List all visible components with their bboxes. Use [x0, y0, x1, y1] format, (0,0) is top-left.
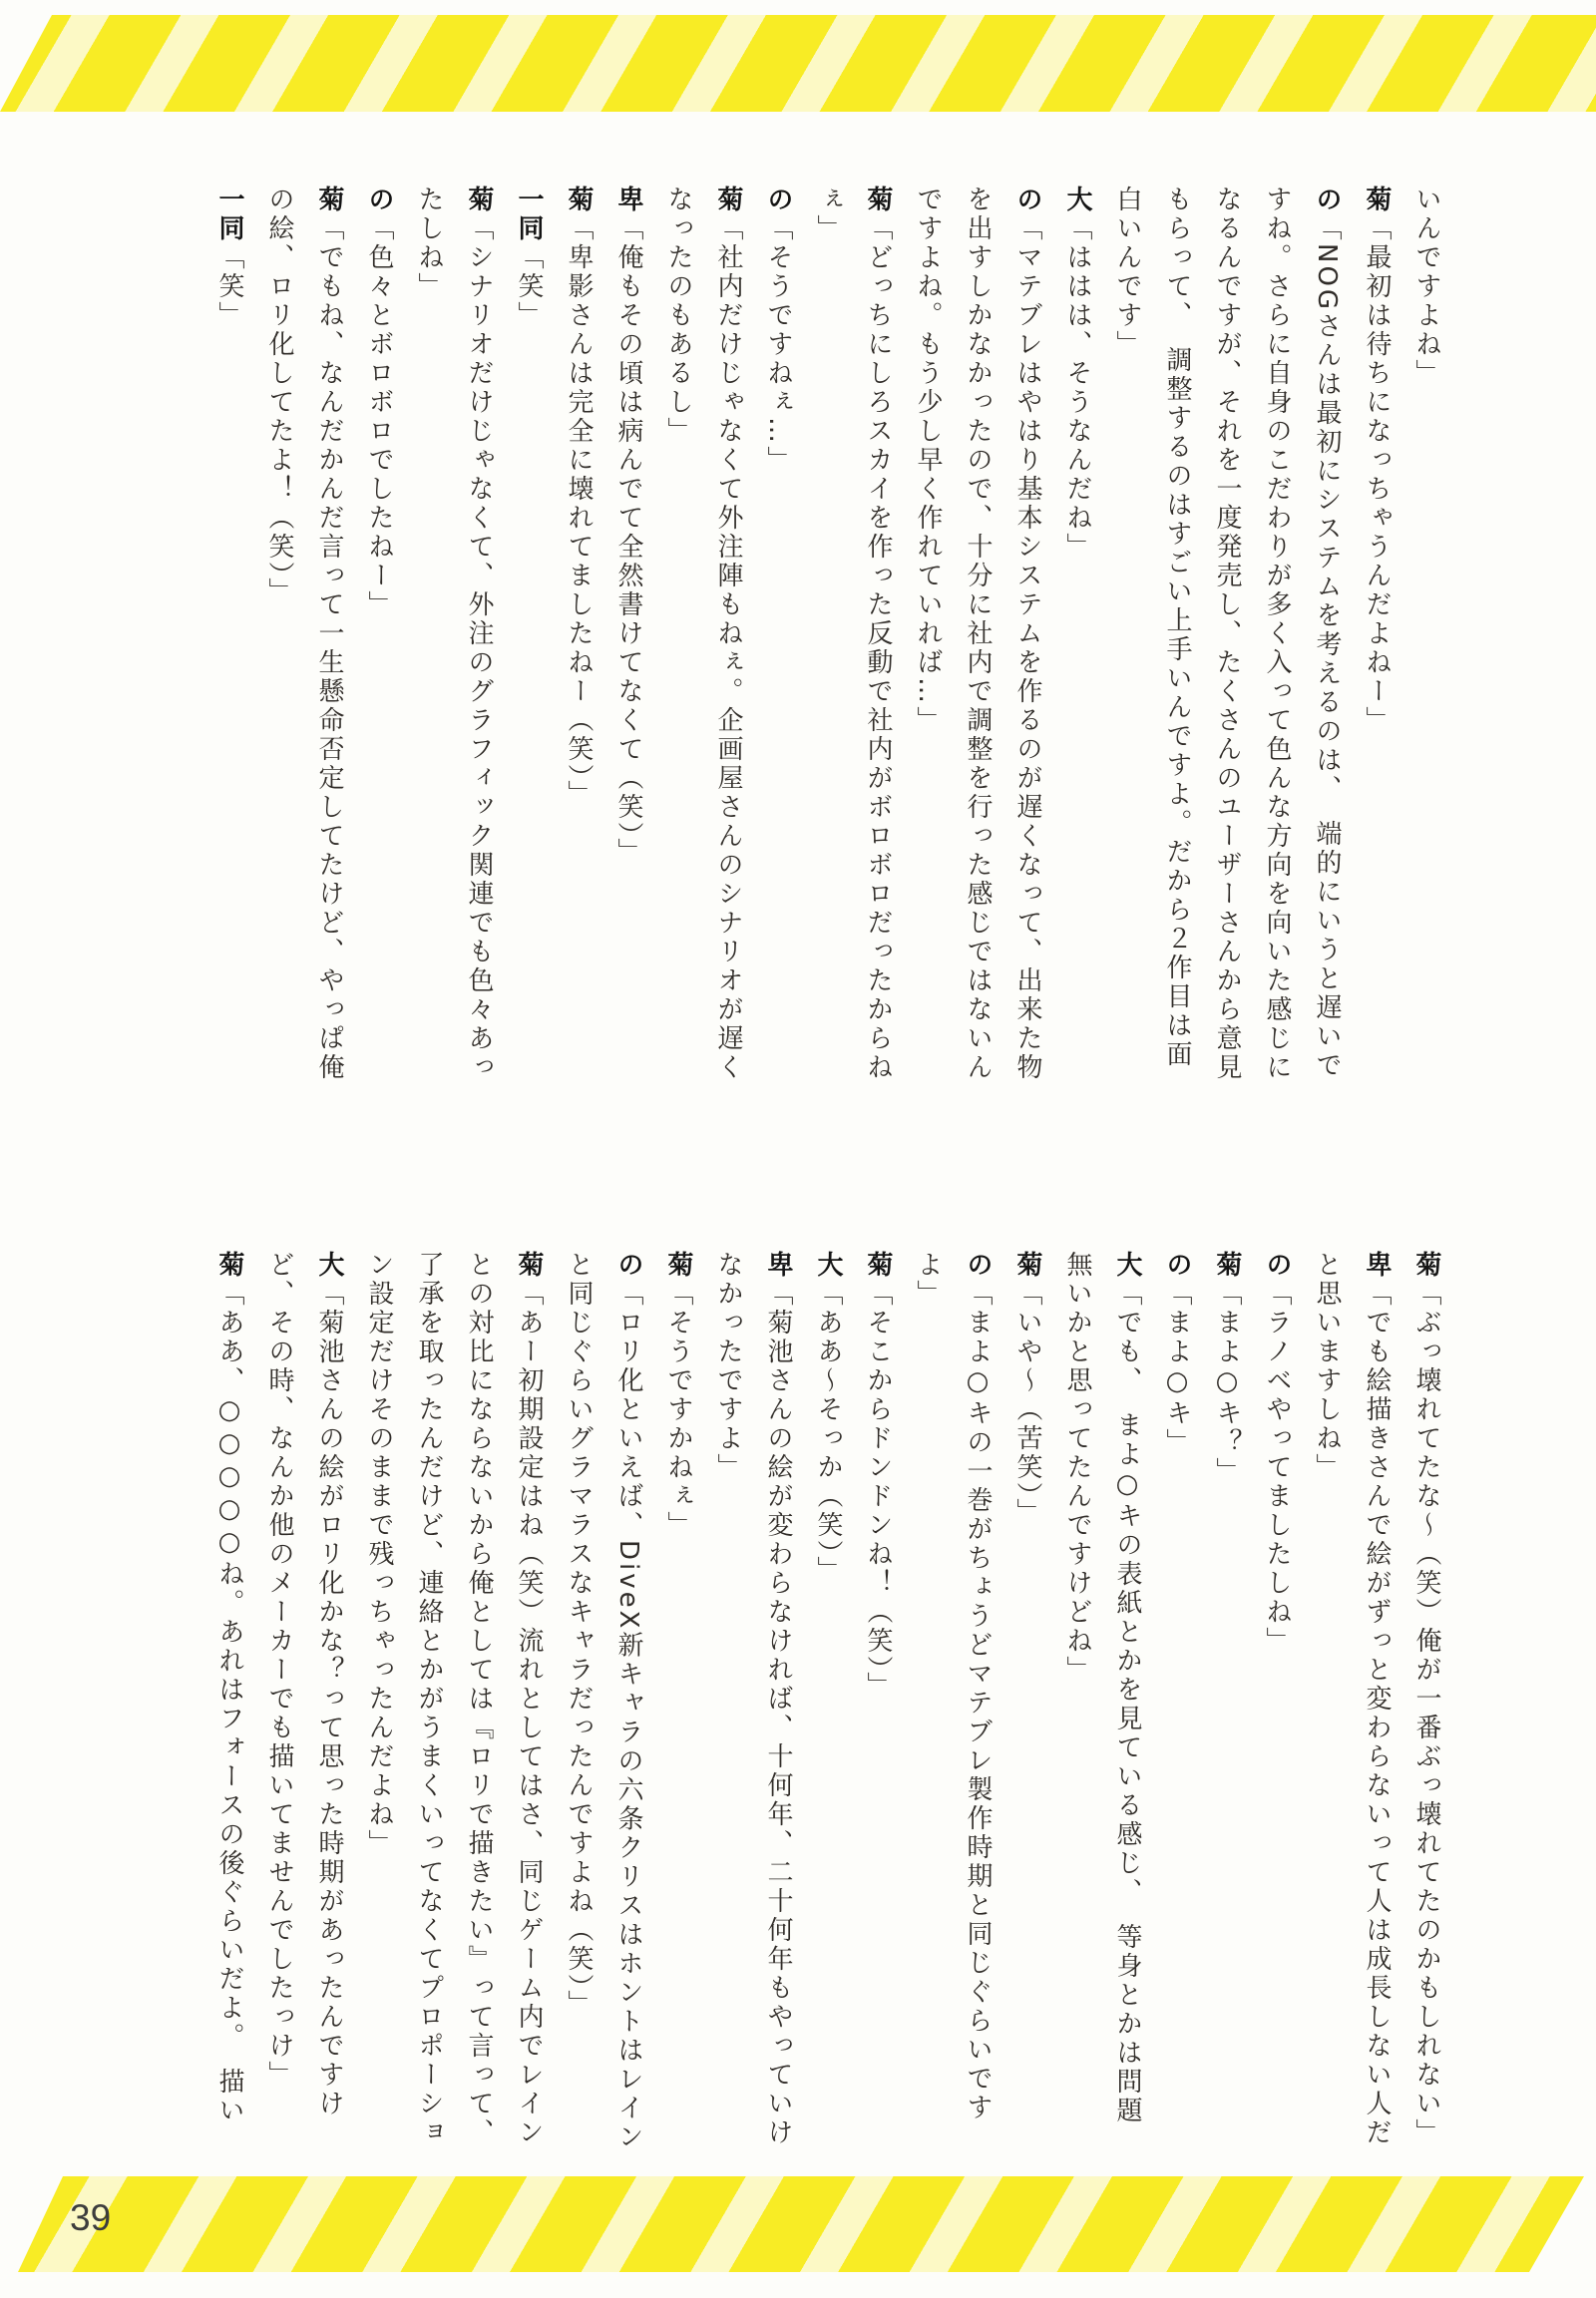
speaker-label: の	[1162, 1251, 1192, 1280]
speaker-label: 大	[1112, 1251, 1142, 1280]
page-number: 39	[70, 2196, 111, 2240]
speaker-label: 菊	[214, 1251, 244, 1280]
dialogue-text: 「色々とボロボロでしたねー」	[364, 214, 394, 619]
speaker-label: 菊	[663, 1251, 693, 1280]
dialogue-line: の「ラノベやってましたしね」	[1252, 1251, 1302, 2152]
speaker-label: 菊	[1362, 186, 1392, 214]
dialogue-line: 菊「ああ、○○○○○ね。あれはフォースの後ぐらいだよ。 描い	[204, 1251, 254, 2152]
speaker-label: 菊	[1212, 1251, 1242, 1280]
dialogue-text: 「いや～（苦笑）」	[1012, 1280, 1042, 1527]
dialogue-text: 「笑」	[214, 243, 244, 330]
dialogue-text: 「まよ○キの一巻がちょうどマテブレ製作時期と同じぐらいですよ」	[913, 1251, 993, 2122]
speaker-label: 大	[813, 1251, 843, 1280]
dialogue-text: 「あー初期設定はね（笑）流れとしてはさ、同じゲーム内でレインとの対比にならないか…	[364, 1251, 544, 2147]
dialogue-text: 「笑」	[514, 243, 544, 330]
speaker-label: の	[1012, 186, 1042, 214]
speaker-label: 卑	[763, 1251, 793, 1280]
stripe-bar-bottom	[18, 2176, 1584, 2272]
dialogue-line: 卑「菊池さんの絵が変わらなければ、十何年、二十何年もやっていけなかったですよ」	[703, 1251, 803, 2152]
dialogue-text: 「でもね、なんだかんだ言って一生懸命否定してたけど、やっぱ俺の絵、ロリ化してたよ…	[264, 186, 344, 1082]
dialogue-line: 菊「あー初期設定はね（笑）流れとしてはさ、同じゲーム内でレインとの対比にならない…	[354, 1251, 554, 2152]
dialogue-line: の「NOGさんは最初にシステムを考えるのは、 端的にいうと遅いですね。さらに自身…	[1102, 186, 1352, 1087]
speaker-label: の	[1312, 186, 1342, 214]
dialogue-line: 菊「ぶっ壊れてたな～（笑）俺が一番ぶっ壊れてたのかもしれない」	[1401, 1251, 1451, 2152]
dialogue-line: 大「ははは、そうなんだね」	[1052, 186, 1102, 1087]
dialogue-line: 一同「笑」	[504, 186, 554, 1087]
dialogue-text: 「そうですねぇ…」	[763, 214, 793, 475]
dialogue-text: 「シナリオだけじゃなくて、外注のグラフィック関連でも色々あったしね」	[414, 186, 494, 1082]
speaker-label: の	[364, 186, 394, 214]
interview-block-top: いんですよね」菊「最初は待ちになっちゃうんだよねー」の「NOGさんは最初にシステ…	[204, 186, 1451, 1087]
dialogue-line: 菊「でもね、なんだかんだ言って一生懸命否定してたけど、やっぱ俺の絵、ロリ化してた…	[254, 186, 354, 1087]
dialogue-line: 大「ああ～そっか（笑）」	[803, 1251, 853, 2152]
speaker-label: 卑	[1362, 1251, 1392, 1280]
dialogue-line: の「まよ○キ」	[1152, 1251, 1202, 2152]
dialogue-line: 卑「俺もその頃は病んでて全然書けてなくて（笑）」	[603, 186, 653, 1087]
dialogue-text: 「どっちにしろスカイを作った反動で社内がボロボロだったからねぇ」	[813, 186, 893, 1082]
dialogue-line: 菊「卑影さんは完全に壊れてましたねー（笑）」	[554, 186, 603, 1087]
speaker-label: の	[763, 186, 793, 214]
dialogue-line: 大「でも、 まよ○キの表紙とかを見ている感じ、 等身とかは問題無いかと思ってたん…	[1052, 1251, 1152, 2152]
dialogue-text: 「ああ～そっか（笑）」	[813, 1280, 843, 1585]
speaker-label: の	[963, 1251, 993, 1280]
dialogue-line: の「そうですねぇ…」	[753, 186, 803, 1087]
speaker-label: 菊	[314, 186, 344, 214]
dialogue-text: 「ははは、そうなんだね」	[1062, 214, 1092, 562]
speaker-label: 菊	[1012, 1251, 1042, 1280]
dialogue-text: 「ぶっ壊れてたな～（笑）俺が一番ぶっ壊れてたのかもしれない」	[1411, 1280, 1441, 2147]
speaker-label: 大	[1062, 186, 1092, 214]
speaker-label: 大	[314, 1251, 344, 1280]
dialogue-text: 「ロリ化といえば、DiveX新キャラの六条クリスはホントはレインと同じぐらいグラ…	[564, 1251, 643, 2151]
dialogue-line: 菊「シナリオだけじゃなくて、外注のグラフィック関連でも色々あったしね」	[404, 186, 504, 1087]
dialogue-text: 「まよ○キ？」	[1212, 1280, 1242, 1486]
dialogue-text: 「ああ、○○○○○ね。あれはフォースの後ぐらいだよ。 描い	[214, 1280, 244, 2125]
dialogue-line: 一同「笑」	[204, 186, 254, 1087]
speaker-label: 菊	[564, 186, 594, 214]
dialogue-text: 「でも、 まよ○キの表紙とかを見ている感じ、 等身とかは問題無いかと思ってたんで…	[1062, 1251, 1142, 2125]
magazine-page: { "page": { "number": "39", "background_…	[0, 0, 1596, 2298]
speaker-label: の	[1262, 1251, 1292, 1280]
dialogue-text: 「卑影さんは完全に壊れてましたねー（笑）」	[564, 214, 594, 809]
dialogue-line: 菊「社内だけじゃなくて外注陣もねぇ。企画屋さんのシナリオが遅くなったのもあるし」	[653, 186, 753, 1087]
speaker-label: 菊	[863, 186, 893, 214]
dialogue-text: 「社内だけじゃなくて外注陣もねぇ。企画屋さんのシナリオが遅くなったのもあるし」	[663, 186, 743, 1082]
dialogue-line: の「色々とボロボロでしたねー」	[354, 186, 404, 1087]
speaker-label: の	[613, 1251, 643, 1280]
speaker-label: 菊	[713, 186, 743, 214]
dialogue-text: 「俺もその頃は病んでて全然書けてなくて（笑）」	[613, 214, 643, 867]
dialogue-text: いんですよね」	[1411, 186, 1441, 388]
speaker-label: 菊	[863, 1251, 893, 1280]
dialogue-line: の「マテブレはやはり基本システムを作るのが遅くなって、出来た物を出すしかなかった…	[903, 186, 1052, 1087]
dialogue-line: 大「菊池さんの絵がロリ化かな？って思った時期があったんですけど、その時、なんか他…	[254, 1251, 354, 2152]
interview-block-bottom: 菊「ぶっ壊れてたな～（笑）俺が一番ぶっ壊れてたのかもしれない」卑「でも絵描きさん…	[204, 1251, 1451, 2152]
dialogue-line: 菊「そこからドンドンね！（笑）」	[853, 1251, 903, 2152]
speaker-label: 一同	[514, 186, 544, 243]
dialogue-line: の「まよ○キの一巻がちょうどマテブレ製作時期と同じぐらいですよ」	[903, 1251, 1002, 2152]
dialogue-line: 菊「まよ○キ？」	[1202, 1251, 1252, 2152]
dialogue-text: 「NOGさんは最初にシステムを考えるのは、 端的にいうと遅いですね。さらに自身の…	[1112, 186, 1342, 1082]
dialogue-text: 「そうですかねぇ」	[663, 1280, 693, 1540]
dialogue-line: 菊「どっちにしろスカイを作った反動で社内がボロボロだったからねぇ」	[803, 186, 903, 1087]
dialogue-text: 「そこからドンドンね！（笑）」	[863, 1280, 893, 1701]
dialogue-line: の「ロリ化といえば、DiveX新キャラの六条クリスはホントはレインと同じぐらいグ…	[554, 1251, 653, 2152]
dialogue-text: 「でも絵描きさんで絵がずっと変わらないって人は成長しない人だと思いますしね」	[1312, 1251, 1392, 2147]
dialogue-line: 菊「そうですかねぇ」	[653, 1251, 703, 2152]
dialogue-line: 菊「いや～（苦笑）」	[1002, 1251, 1052, 2152]
dialogue-text: 「ラノベやってましたしね」	[1262, 1280, 1292, 1656]
dialogue-text: 「最初は待ちになっちゃうんだよねー」	[1362, 214, 1392, 735]
dialogue-text: 「菊池さんの絵がロリ化かな？って思った時期があったんですけど、その時、なんか他の…	[264, 1251, 344, 2118]
dialogue-line: 菊「最初は待ちになっちゃうんだよねー」	[1352, 186, 1401, 1087]
speaker-label: 卑	[613, 186, 643, 214]
speaker-label: 一同	[214, 186, 244, 243]
speaker-label: 菊	[514, 1251, 544, 1280]
stripe-bar-top	[0, 15, 1596, 112]
dialogue-line: いんですよね」	[1401, 186, 1451, 1087]
speaker-label: 菊	[1411, 1251, 1441, 1280]
dialogue-text: 「まよ○キ」	[1162, 1280, 1192, 1457]
dialogue-text: 「菊池さんの絵が変わらなければ、十何年、二十何年もやっていけなかったですよ」	[713, 1251, 793, 2147]
dialogue-text: 「マテブレはやはり基本システムを作るのが遅くなって、出来た物を出すしかなかったの…	[913, 186, 1042, 1082]
dialogue-line: 卑「でも絵描きさんで絵がずっと変わらないって人は成長しない人だと思いますしね」	[1302, 1251, 1401, 2152]
speaker-label: 菊	[464, 186, 494, 214]
